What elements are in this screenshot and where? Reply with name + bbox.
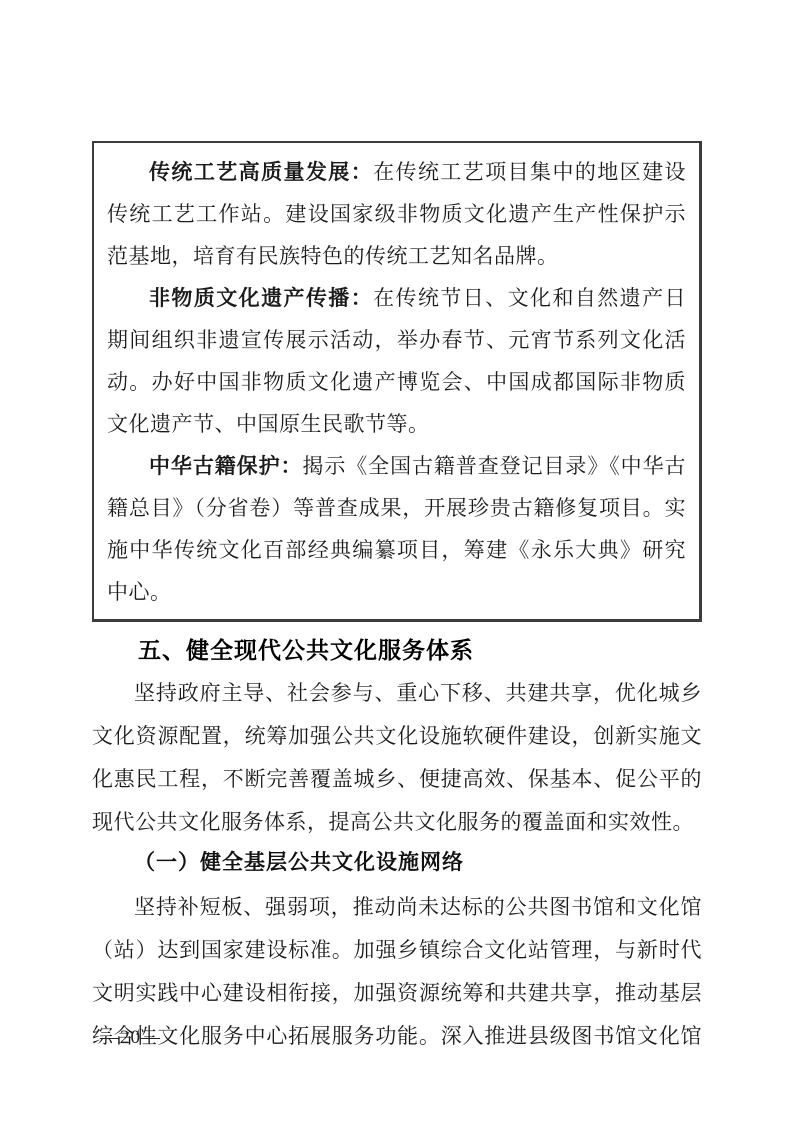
subsection-paragraph: 坚持补短板、强弱项，推动尚未达标的公共图书馆和文化馆（站）达到国家建设标准。加强…: [92, 886, 702, 1058]
box-paragraph: 中华古籍保护：揭示《全国古籍普查登记目录》《中华古籍总目》（分省卷）等普查成果，…: [107, 445, 686, 613]
document-page: 传统工艺高质量发展：在传统工艺项目集中的地区建设传统工艺工作站。建设国家级非物质…: [0, 0, 793, 1122]
subsection-heading: （一）健全基层公共文化设施网络: [92, 848, 702, 876]
box-paragraph-label: 非物质文化遗产传播：: [149, 286, 373, 310]
box-paragraph-label: 中华古籍保护：: [149, 454, 302, 478]
highlight-box: 传统工艺高质量发展：在传统工艺项目集中的地区建设传统工艺工作站。建设国家级非物质…: [92, 141, 702, 622]
section-heading: 五、健全现代公共文化服务体系: [92, 635, 702, 665]
box-paragraph: 传统工艺高质量发展：在传统工艺项目集中的地区建设传统工艺工作站。建设国家级非物质…: [107, 151, 686, 277]
section-intro-paragraph: 坚持政府主导、社会参与、重心下移、共建共享，优化城乡文化资源配置，统筹加强公共文…: [92, 672, 702, 844]
box-paragraph-label: 传统工艺高质量发展：: [149, 160, 373, 184]
page-number: —20—: [100, 1027, 161, 1049]
content-area: 传统工艺高质量发展：在传统工艺项目集中的地区建设传统工艺工作站。建设国家级非物质…: [92, 141, 702, 1058]
box-paragraph: 非物质文化遗产传播：在传统节日、文化和自然遗产日期间组织非遗宣传展示活动，举办春…: [107, 277, 686, 445]
